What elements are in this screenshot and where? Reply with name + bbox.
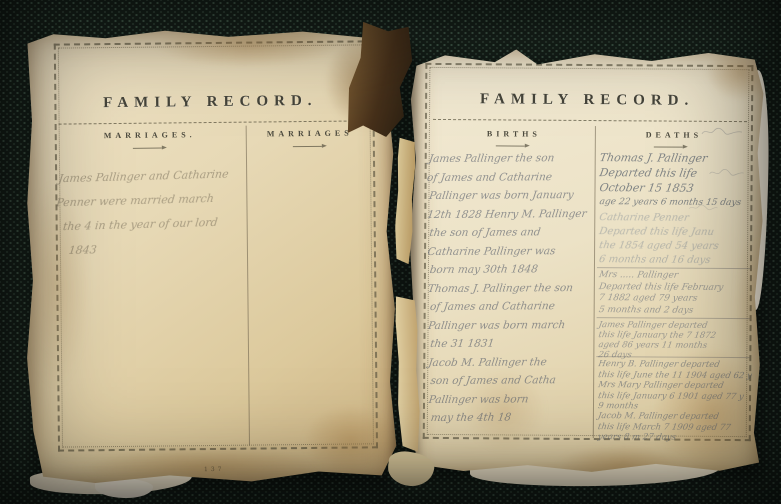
death-entry: James Pallinger departed this life Janua… — [598, 320, 755, 361]
births-header: BIRTHS — [439, 129, 589, 139]
handwriting-line: James Pallinger the son — [428, 149, 592, 169]
handwriting-line: Departed this life Janu — [598, 225, 757, 240]
handwriting-line: Thomas J. Pallinger the son — [427, 278, 593, 298]
arrow-ornament-icon — [293, 143, 327, 149]
handwriting-line: October 15 1853 — [598, 180, 757, 196]
handwriting-line: the 31 1831 — [429, 334, 593, 354]
death-records-column: Thomas J. Pallinger Departed this life O… — [596, 50, 758, 475]
fabric-background: { "colors": { "fabric": "#16201a", "fabr… — [0, 0, 781, 504]
handwriting-line: Jacob M. Pallinger the — [427, 352, 593, 372]
death-entry: Thomas J. Pallinger Departed this life O… — [599, 150, 756, 211]
right-page: FAMILY RECORD. BIRTHS DEATHS James Palli… — [407, 49, 766, 475]
handwriting-line: 12th 1828 Henry M. Pallinger — [426, 204, 592, 224]
handwriting-line: Pallinger was born — [427, 389, 593, 409]
marriage-record-text: James Pallinger and Catharine Penner wer… — [58, 162, 246, 263]
pencil-scribble — [709, 167, 745, 179]
handwriting-line: Mrs ..... Pallinger — [598, 270, 757, 283]
handwriting-line: the son of James and — [428, 223, 592, 243]
handwriting-line: years 8 m 27 days — [597, 432, 756, 444]
handwriting-line: Pallinger was born January — [428, 186, 592, 206]
pencil-scribble — [688, 203, 718, 213]
handwriting-line: 7 1882 aged 79 years — [598, 293, 757, 306]
pencil-scribble — [701, 125, 743, 139]
handwriting-line: 6 months and 16 days — [598, 253, 757, 268]
death-entry: Mrs ..... Pallinger Departed this life F… — [599, 270, 756, 317]
entry-separator-rule — [597, 267, 750, 269]
handwriting-line: Pallinger was born march — [427, 315, 593, 335]
handwriting-line: 1843 — [67, 234, 247, 263]
handwriting-line: may the 4th 18 — [429, 408, 593, 428]
left-page: FAMILY RECORD. MARRIAGES. MARRIAGES Jame… — [24, 26, 401, 486]
handwriting-line: of James and Catharine — [426, 167, 592, 187]
birth-records-text: James Pallinger the son of James and Cat… — [429, 149, 593, 428]
death-entry: Henry B. Pallinger departed this life Ju… — [598, 359, 755, 381]
entry-separator-rule — [597, 317, 750, 319]
death-entry: Jacob M. Pallinger departed this life Ma… — [598, 411, 755, 444]
handwriting-line: the 1854 aged 54 years — [598, 239, 757, 254]
handwriting-line: Jacob M. Pallinger departed — [597, 411, 756, 423]
handwriting-line: born may 30th 1848 — [428, 260, 592, 280]
arrow-ornament-icon — [496, 142, 530, 148]
handwriting-line: Catharine Penner — [598, 211, 757, 226]
handwriting-line: Mrs Mary Pallinger departed — [597, 380, 756, 392]
handwriting-line: Catharine Pallinger was — [426, 241, 592, 261]
handwriting-line: Thomas J. Pallinger — [598, 150, 757, 166]
arrow-ornament-icon — [133, 144, 167, 150]
death-entry: Mrs Mary Pallinger departed this life Ja… — [598, 380, 755, 413]
handwriting-line: age 22 years 6 months 15 days — [598, 195, 757, 211]
marriages-right-header: MARRIAGES — [250, 128, 370, 138]
handwriting-line: 5 months and 2 days — [598, 305, 757, 318]
handwriting-line: Henry B. Pallinger departed — [597, 359, 756, 371]
marriages-left-header: MARRIAGES. — [60, 130, 240, 141]
death-entry: Catharine Penner Departed this life Janu… — [599, 211, 756, 268]
handwriting-line: of James and Catharine — [429, 297, 593, 317]
handwriting-line: son of James and Catha — [429, 371, 593, 391]
